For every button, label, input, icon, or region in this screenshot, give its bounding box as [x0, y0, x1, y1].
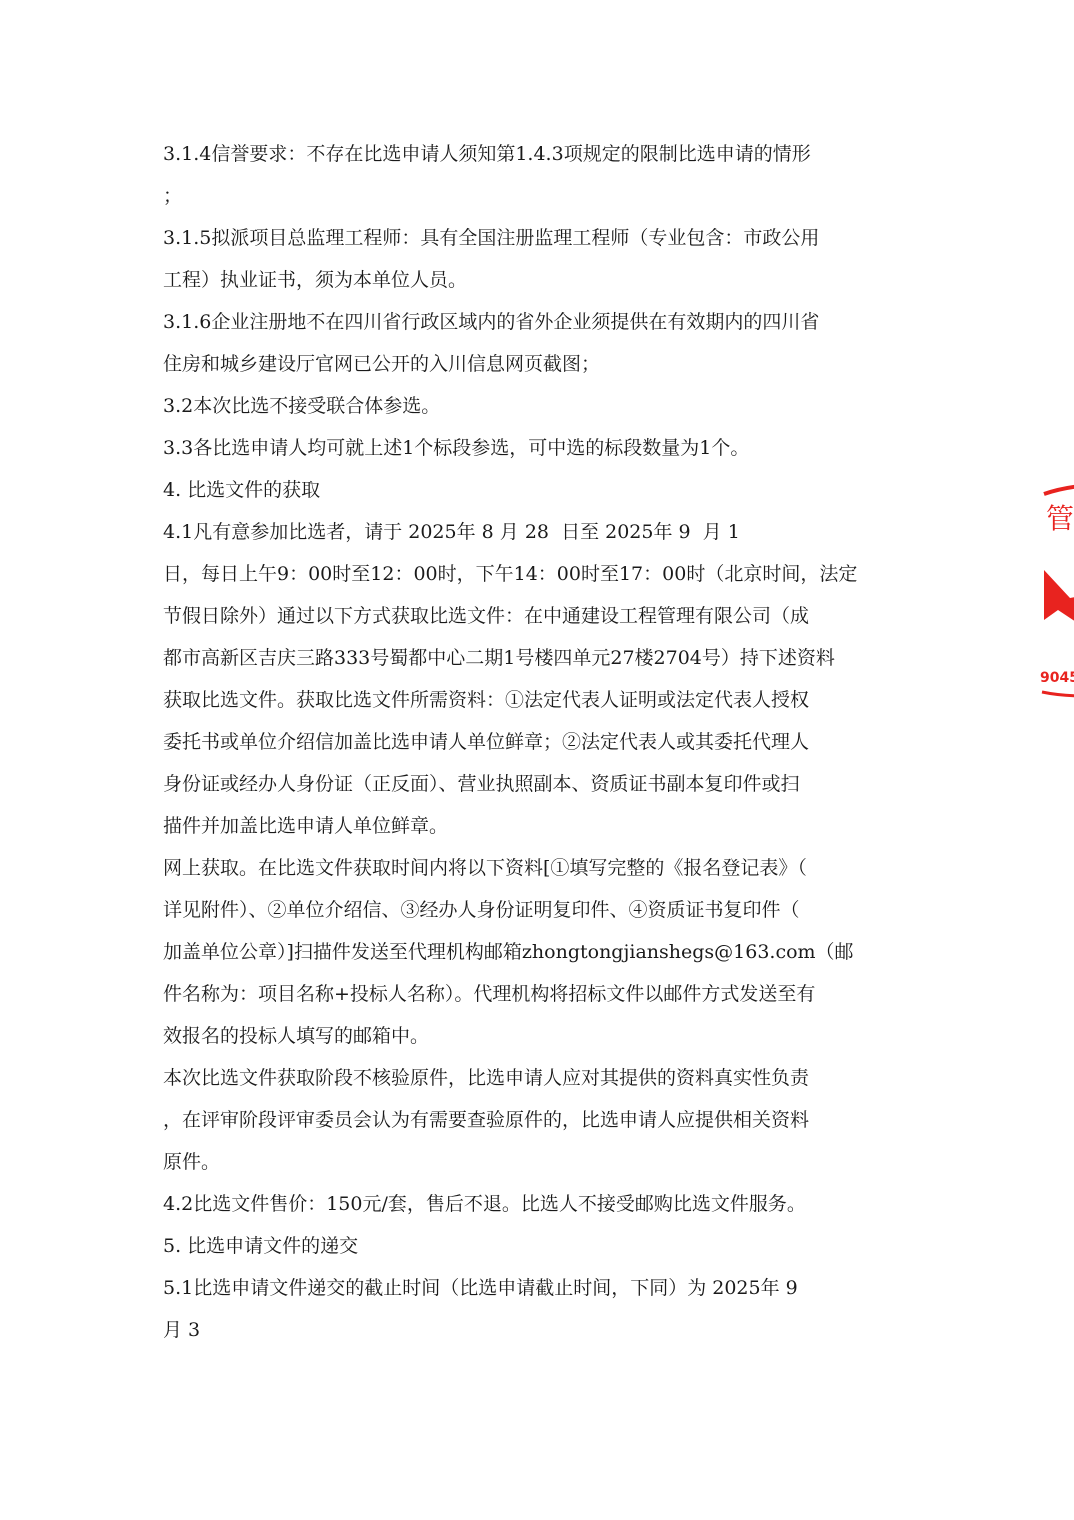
- section-heading: 5. 比选申请文件的递交: [163, 1225, 913, 1267]
- text-line: 月 3: [163, 1309, 913, 1351]
- seal-icon: 管 9045: [1030, 470, 1074, 710]
- official-seal-stamp: 管 9045: [1030, 470, 1074, 710]
- text-line: 网上获取。在比选文件获取时间内将以下资料[①填写完整的《报名登记表》（: [163, 847, 913, 889]
- document-page: 3.1.4信誉要求：不存在比选申请人须知第1.4.3项规定的限制比选申请的情形 …: [0, 0, 1074, 1520]
- text-line: 3.1.5拟派项目总监理工程师：具有全国注册监理工程师（专业包含：市政公用: [163, 217, 913, 259]
- text-line: 住房和城乡建设厅官网已公开的入川信息网页截图；: [163, 343, 913, 385]
- text-line: 5.1比选申请文件递交的截止时间（比选申请截止时间，下同）为 2025年 9: [163, 1267, 913, 1309]
- text-line: 详见附件）、②单位介绍信、③经办人身份证明复印件、④资质证书复印件（: [163, 889, 913, 931]
- document-body: 3.1.4信誉要求：不存在比选申请人须知第1.4.3项规定的限制比选申请的情形 …: [163, 133, 913, 1351]
- text-line: 3.1.6企业注册地不在四川省行政区域内的省外企业须提供在有效期内的四川省: [163, 301, 913, 343]
- text-line: 3.2本次比选不接受联合体参选。: [163, 385, 913, 427]
- text-line: 都市高新区吉庆三路333号蜀都中心二期1号楼四单元27楼2704号）持下述资料: [163, 637, 913, 679]
- text-line: 3.1.4信誉要求：不存在比选申请人须知第1.4.3项规定的限制比选申请的情形: [163, 133, 913, 175]
- text-line: ，在评审阶段评审委员会认为有需要查验原件的，比选申请人应提供相关资料: [163, 1099, 913, 1141]
- section-heading: 4. 比选文件的获取: [163, 469, 913, 511]
- text-line: 工程）执业证书，须为本单位人员。: [163, 259, 913, 301]
- text-line: 效报名的投标人填写的邮箱中。: [163, 1015, 913, 1057]
- text-line: 4.2比选文件售价：150元/套，售后不退。比选人不接受邮购比选文件服务。: [163, 1183, 913, 1225]
- seal-digits: 9045: [1040, 670, 1074, 686]
- text-line: 4.1凡有意参加比选者，请于 2025年 8 月 28 日至 2025年 9 月…: [163, 511, 913, 553]
- text-line: 日，每日上午9：00时至12：00时，下午14：00时至17：00时（北京时间，…: [163, 553, 913, 595]
- text-line: 委托书或单位介绍信加盖比选申请人单位鲜章；②法定代表人或其委托代理人: [163, 721, 913, 763]
- text-line: 3.3各比选申请人均可就上述1个标段参选，可中选的标段数量为1个。: [163, 427, 913, 469]
- text-line: 原件。: [163, 1141, 913, 1183]
- text-line: 件名称为：项目名称+投标人名称）。代理机构将招标文件以邮件方式发送至有: [163, 973, 913, 1015]
- text-line: 加盖单位公章）]扫描件发送至代理机构邮箱zhongtongjianshegs@1…: [163, 931, 913, 973]
- seal-char: 管: [1046, 502, 1074, 535]
- text-line: 描件并加盖比选申请人单位鲜章。: [163, 805, 913, 847]
- text-line: 本次比选文件获取阶段不核验原件，比选申请人应对其提供的资料真实性负责: [163, 1057, 913, 1099]
- text-line: ；: [163, 175, 913, 217]
- text-line: 获取比选文件。获取比选文件所需资料：①法定代表人证明或法定代表人授权: [163, 679, 913, 721]
- text-line: 节假日除外）通过以下方式获取比选文件：在中通建设工程管理有限公司（成: [163, 595, 913, 637]
- text-line: 身份证或经办人身份证（正反面）、营业执照副本、资质证书副本复印件或扫: [163, 763, 913, 805]
